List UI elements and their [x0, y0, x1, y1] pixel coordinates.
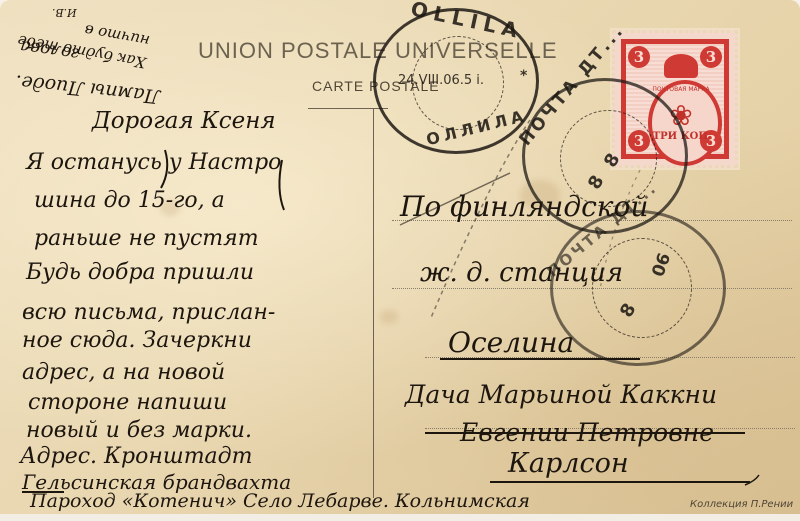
postcard: UNION POSTALE UNIVERSELLE CARTE POSTALE …: [0, 0, 800, 514]
scan-border: [0, 514, 800, 521]
handwriting-flourishes: [0, 0, 800, 514]
